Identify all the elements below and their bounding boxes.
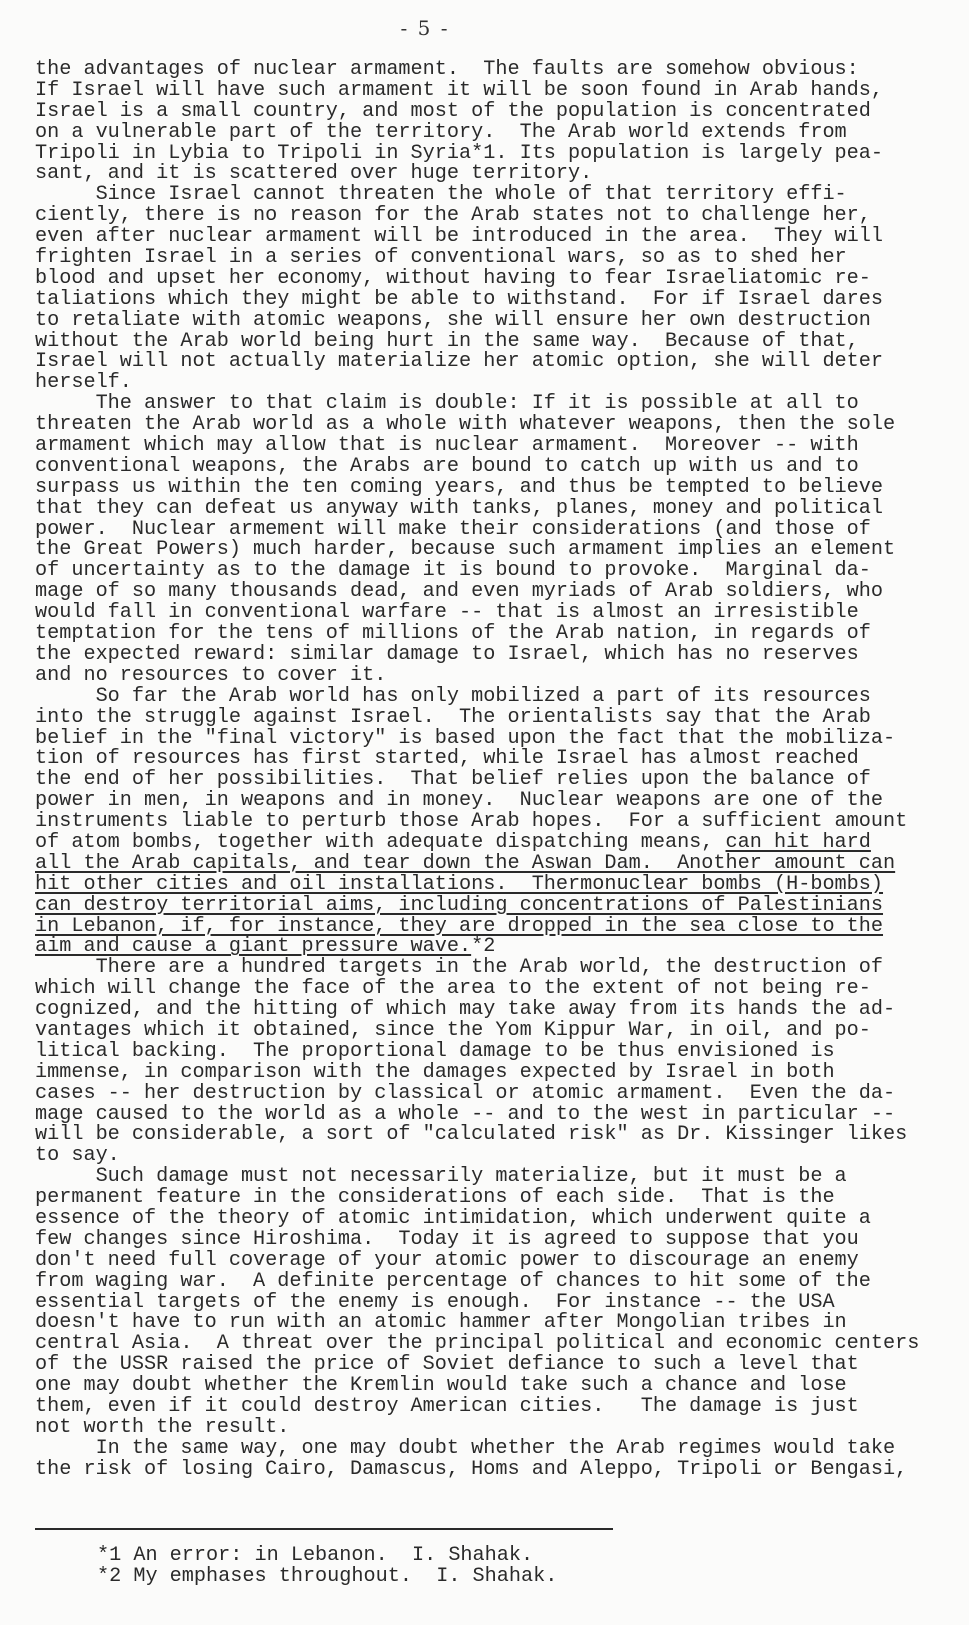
line-text: So far the Arab world has only mobilized… xyxy=(35,685,871,708)
text-line: blood and upset her economy, without hav… xyxy=(35,269,965,290)
text-line: can destroy territorial aims, including … xyxy=(35,896,965,917)
line-text: belief in the "final victory" is based u… xyxy=(35,727,895,750)
text-line: Israel will not actually materialize her… xyxy=(35,352,965,373)
text-line: hit other cities and oil installations. … xyxy=(35,875,965,896)
text-line: the risk of losing Cairo, Damascus, Homs… xyxy=(35,1460,965,1481)
text-line: the end of her possibilities. That belie… xyxy=(35,770,965,791)
text-line: don't need full coverage of your atomic … xyxy=(35,1251,965,1272)
line-text: even after nuclear armament will be intr… xyxy=(35,225,883,248)
line-text: threaten the Arab world as a whole with … xyxy=(35,413,895,436)
text-line: belief in the "final victory" is based u… xyxy=(35,729,965,750)
line-text: on a vulnerable part of the territory. T… xyxy=(35,121,847,144)
line-text: immense, in comparison with the damages … xyxy=(35,1061,835,1084)
line-text: of atom bombs, together with adequate di… xyxy=(35,831,726,854)
text-line: power. Nuclear armement will make their … xyxy=(35,520,965,541)
text-line: vantages which it obtained, since the Yo… xyxy=(35,1021,965,1042)
line-text: mage caused to the world as a whole -- a… xyxy=(35,1103,895,1126)
text-line: taliations which they might be able to w… xyxy=(35,290,965,311)
line-text: vantages which it obtained, since the Yo… xyxy=(35,1019,871,1042)
text-line: that they can defeat us anyway with tank… xyxy=(35,499,965,520)
line-text: conventional weapons, the Arabs are boun… xyxy=(35,455,859,478)
text-line: to say. xyxy=(35,1146,965,1167)
line-text: temptation for the tens of millions of t… xyxy=(35,622,871,645)
footnote-1: *1 An error: in Lebanon. I. Shahak. xyxy=(97,1546,557,1567)
text-line: and no resources to cover it. xyxy=(35,666,965,687)
line-text: few changes since Hiroshima. Today it is… xyxy=(35,1228,859,1251)
line-text: from waging war. A definite percentage o… xyxy=(35,1270,871,1293)
text-line: will be considerable, a sort of "calcula… xyxy=(35,1125,965,1146)
line-text: don't need full coverage of your atomic … xyxy=(35,1249,859,1272)
footnotes: *1 An error: in Lebanon. I. Shahak. *2 M… xyxy=(97,1546,557,1588)
text-line: mage caused to the world as a whole -- a… xyxy=(35,1105,965,1126)
line-text: cases -- her destruction by classical or… xyxy=(35,1082,895,1105)
line-text: will be considerable, a sort of "calcula… xyxy=(35,1123,907,1146)
emphasized-text: in Lebanon, if, for instance, they are d… xyxy=(35,915,883,938)
text-line: essence of the theory of atomic intimida… xyxy=(35,1209,965,1230)
emphasized-text: can hit hard xyxy=(726,831,871,854)
body-text: the advantages of nuclear armament. The … xyxy=(35,60,965,1481)
line-text: the advantages of nuclear armament. The … xyxy=(35,58,859,81)
emphasized-text: all the Arab capitals, and tear down the… xyxy=(35,852,895,875)
text-line: central Asia. A threat over the principa… xyxy=(35,1334,965,1355)
text-line: frighten Israel in a series of conventio… xyxy=(35,248,965,269)
line-text: litical backing. The proportional damage… xyxy=(35,1040,835,1063)
text-line: sant, and it is scattered over huge terr… xyxy=(35,164,965,185)
line-text: the Great Powers) much harder, because s… xyxy=(35,538,895,561)
text-line: the Great Powers) much harder, because s… xyxy=(35,540,965,561)
line-text: Israel is a small country, and most of t… xyxy=(35,100,871,123)
text-line: all the Arab capitals, and tear down the… xyxy=(35,854,965,875)
line-text: the risk of losing Cairo, Damascus, Homs… xyxy=(35,1458,907,1481)
line-text: The answer to that claim is double: If i… xyxy=(35,392,859,415)
emphasized-text: hit other cities and oil installations. … xyxy=(35,873,883,896)
line-text: cognized, and the hitting of which may t… xyxy=(35,998,895,1021)
text-line: threaten the Arab world as a whole with … xyxy=(35,415,965,436)
text-line: Tripoli in Lybia to Tripoli in Syria*1. … xyxy=(35,144,965,165)
line-text: If Israel will have such armament it wil… xyxy=(35,79,883,102)
text-line: ciently, there is no reason for the Arab… xyxy=(35,206,965,227)
text-line: There are a hundred targets in the Arab … xyxy=(35,958,965,979)
text-line: If Israel will have such armament it wil… xyxy=(35,81,965,102)
line-text: to say. xyxy=(35,1144,120,1167)
text-line: herself. xyxy=(35,373,965,394)
text-line: from waging war. A definite percentage o… xyxy=(35,1272,965,1293)
page-number: - 5 - xyxy=(0,16,850,40)
line-text: tion of resources has first started, whi… xyxy=(35,747,859,770)
text-line: tion of resources has first started, whi… xyxy=(35,749,965,770)
line-text: doesn't have to run with an atomic hamme… xyxy=(35,1311,847,1334)
footnote-marker: *2 xyxy=(471,935,495,958)
line-text: instruments liable to perturb those Arab… xyxy=(35,810,907,833)
line-text: sant, and it is scattered over huge terr… xyxy=(35,162,592,185)
text-line: Such damage must not necessarily materia… xyxy=(35,1167,965,1188)
line-text: them, even if it could destroy American … xyxy=(35,1395,859,1418)
line-text: There are a hundred targets in the Arab … xyxy=(35,956,883,979)
line-text: the expected reward: similar damage to I… xyxy=(35,643,859,666)
text-line: the expected reward: similar damage to I… xyxy=(35,645,965,666)
text-line: not worth the result. xyxy=(35,1418,965,1439)
text-line: surpass us within the ten coming years, … xyxy=(35,478,965,499)
line-text: Since Israel cannot threaten the whole o… xyxy=(35,183,847,206)
line-text: taliations which they might be able to w… xyxy=(35,288,883,311)
text-line: instruments liable to perturb those Arab… xyxy=(35,812,965,833)
text-line: of uncertainty as to the damage it is bo… xyxy=(35,561,965,582)
text-line: of the USSR raised the price of Soviet d… xyxy=(35,1355,965,1376)
line-text: permanent feature in the considerations … xyxy=(35,1186,835,1209)
line-text: and no resources to cover it. xyxy=(35,664,386,687)
line-text: herself. xyxy=(35,371,132,394)
line-text: ciently, there is no reason for the Arab… xyxy=(35,204,871,227)
line-text: power. Nuclear armement will make their … xyxy=(35,518,871,541)
text-line: few changes since Hiroshima. Today it is… xyxy=(35,1230,965,1251)
emphasized-text: can destroy territorial aims, including … xyxy=(35,894,883,917)
text-line: to retaliate with atomic weapons, she wi… xyxy=(35,311,965,332)
text-line: which will change the face of the area t… xyxy=(35,979,965,1000)
text-line: So far the Arab world has only mobilized… xyxy=(35,687,965,708)
footnote-2: *2 My emphases throughout. I. Shahak. xyxy=(97,1567,557,1588)
line-text: central Asia. A threat over the principa… xyxy=(35,1332,919,1355)
line-text: that they can defeat us anyway with tank… xyxy=(35,497,883,520)
line-text: which will change the face of the area t… xyxy=(35,977,871,1000)
line-text: Israel will not actually materialize her… xyxy=(35,350,883,373)
line-text: of uncertainty as to the damage it is bo… xyxy=(35,559,871,582)
text-line: into the struggle against Israel. The or… xyxy=(35,708,965,729)
line-text: not worth the result. xyxy=(35,1416,289,1439)
text-line: essential targets of the enemy is enough… xyxy=(35,1293,965,1314)
line-text: of the USSR raised the price of Soviet d… xyxy=(35,1353,859,1376)
line-text: armament which may allow that is nuclear… xyxy=(35,434,859,457)
text-line: on a vulnerable part of the territory. T… xyxy=(35,123,965,144)
line-text: surpass us within the ten coming years, … xyxy=(35,476,883,499)
text-line: one may doubt whether the Kremlin would … xyxy=(35,1376,965,1397)
line-text: to retaliate with atomic weapons, she wi… xyxy=(35,309,871,332)
line-text: one may doubt whether the Kremlin would … xyxy=(35,1374,847,1397)
line-text: would fall in conventional warfare -- th… xyxy=(35,601,859,624)
text-line: immense, in comparison with the damages … xyxy=(35,1063,965,1084)
text-line: power in men, in weapons and in money. N… xyxy=(35,791,965,812)
text-line: litical backing. The proportional damage… xyxy=(35,1042,965,1063)
footnote-divider xyxy=(35,1528,613,1530)
text-line: cases -- her destruction by classical or… xyxy=(35,1084,965,1105)
line-text: the end of her possibilities. That belie… xyxy=(35,768,871,791)
text-line: armament which may allow that is nuclear… xyxy=(35,436,965,457)
line-text: mage of so many thousands dead, and even… xyxy=(35,580,883,603)
line-text: power in men, in weapons and in money. N… xyxy=(35,789,883,812)
text-line: doesn't have to run with an atomic hamme… xyxy=(35,1313,965,1334)
text-line: of atom bombs, together with adequate di… xyxy=(35,833,965,854)
text-line: Israel is a small country, and most of t… xyxy=(35,102,965,123)
line-text: essential targets of the enemy is enough… xyxy=(35,1291,835,1314)
text-line: in Lebanon, if, for instance, they are d… xyxy=(35,917,965,938)
text-line: without the Arab world being hurt in the… xyxy=(35,332,965,353)
text-line: cognized, and the hitting of which may t… xyxy=(35,1000,965,1021)
text-line: would fall in conventional warfare -- th… xyxy=(35,603,965,624)
text-line: mage of so many thousands dead, and even… xyxy=(35,582,965,603)
text-line: temptation for the tens of millions of t… xyxy=(35,624,965,645)
line-text: Such damage must not necessarily materia… xyxy=(35,1165,847,1188)
line-text: into the struggle against Israel. The or… xyxy=(35,706,871,729)
text-line: the advantages of nuclear armament. The … xyxy=(35,60,965,81)
text-line: The answer to that claim is double: If i… xyxy=(35,394,965,415)
text-line: In the same way, one may doubt whether t… xyxy=(35,1439,965,1460)
text-line: aim and cause a giant pressure wave.*2 xyxy=(35,937,965,958)
text-line: Since Israel cannot threaten the whole o… xyxy=(35,185,965,206)
text-line: conventional weapons, the Arabs are boun… xyxy=(35,457,965,478)
text-line: permanent feature in the considerations … xyxy=(35,1188,965,1209)
line-text: In the same way, one may doubt whether t… xyxy=(35,1437,895,1460)
line-text: blood and upset her economy, without hav… xyxy=(35,267,871,290)
text-line: even after nuclear armament will be intr… xyxy=(35,227,965,248)
line-text: without the Arab world being hurt in the… xyxy=(35,330,859,353)
line-text: essence of the theory of atomic intimida… xyxy=(35,1207,871,1230)
text-line: them, even if it could destroy American … xyxy=(35,1397,965,1418)
emphasized-text: aim and cause a giant pressure wave. xyxy=(35,935,471,958)
line-text: frighten Israel in a series of conventio… xyxy=(35,246,847,269)
line-text: Tripoli in Lybia to Tripoli in Syria*1. … xyxy=(35,142,883,165)
